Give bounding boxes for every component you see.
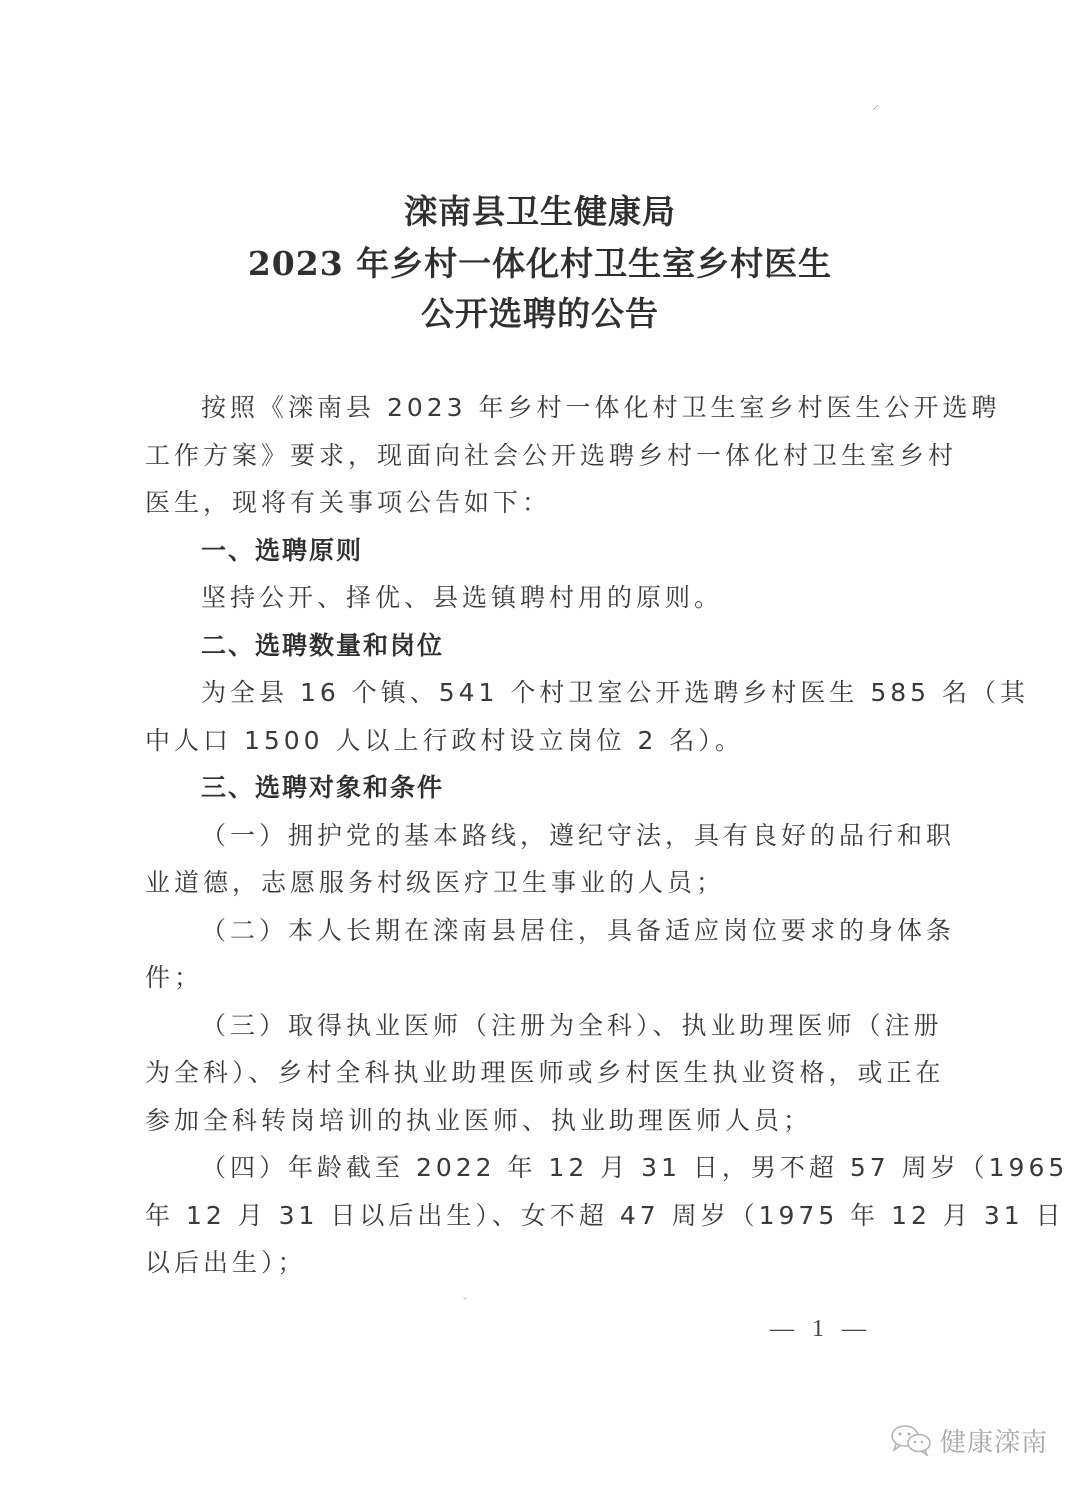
document-page: ⸝ ˇ 滦南县卫生健康局 2023 年乡村一体化村卫生室乡村医生 公开选聘的公告…: [0, 0, 1080, 1486]
body-line: 参加全科转岗培训的执业医师、执业助理医师人员；: [145, 1097, 935, 1145]
body-line: 按照《滦南县 2023 年乡村一体化村卫生室乡村医生公开选聘: [145, 384, 935, 432]
body-line: 工作方案》要求，现面向社会公开选聘乡村一体化村卫生室乡村: [145, 432, 935, 480]
body-line: （四）年龄截至 2022 年 12 月 31 日，男不超 57 周岁（1965: [145, 1144, 935, 1192]
scan-speck: ⸝: [872, 98, 886, 124]
wechat-icon: [890, 1424, 934, 1456]
body-line: 以后出生）；: [145, 1239, 935, 1287]
body-line: 为全科）、乡村全科执业助理医师或乡村医生执业资格，或正在: [145, 1049, 935, 1097]
title-line-1: 滦南县卫生健康局: [0, 186, 1080, 233]
body-line: 中人口 1500 人以上行政村设立岗位 2 名）。: [145, 717, 935, 765]
page-number: — 1 —: [770, 1316, 872, 1343]
watermark: 健康滦南: [890, 1420, 1048, 1460]
watermark-text: 健康滦南: [940, 1422, 1048, 1459]
body-line: 医生，现将有关事项公告如下：: [145, 479, 935, 527]
section-heading-positions: 二、选聘数量和岗位: [145, 622, 935, 670]
body-line: 年 12 月 31 日以后出生）、女不超 47 周岁（1975 年 12 月 3…: [145, 1192, 935, 1240]
document-body: 按照《滦南县 2023 年乡村一体化村卫生室乡村医生公开选聘 工作方案》要求，现…: [145, 384, 935, 1287]
body-line: 为全县 16 个镇、541 个村卫室公开选聘乡村医生 585 名（其: [145, 669, 935, 717]
body-line: 业道德，志愿服务村级医疗卫生事业的人员；: [145, 859, 935, 907]
title-line-2: 2023 年乡村一体化村卫生室乡村医生: [0, 238, 1080, 285]
body-line: （三）取得执业医师（注册为全科）、执业助理医师（注册: [145, 1002, 935, 1050]
scan-speck: ˇ: [462, 1296, 472, 1308]
body-line: 件；: [145, 954, 935, 1002]
body-line: （二）本人长期在滦南县居住，具备适应岗位要求的身体条: [145, 907, 935, 955]
body-line: 坚持公开、择优、县选镇聘村用的原则。: [145, 574, 935, 622]
title-line-3: 公开选聘的公告: [0, 288, 1080, 335]
section-heading-conditions: 三、选聘对象和条件: [145, 764, 935, 812]
section-heading-principles: 一、选聘原则: [145, 527, 935, 575]
body-line: （一）拥护党的基本路线，遵纪守法，具有良好的品行和职: [145, 812, 935, 860]
